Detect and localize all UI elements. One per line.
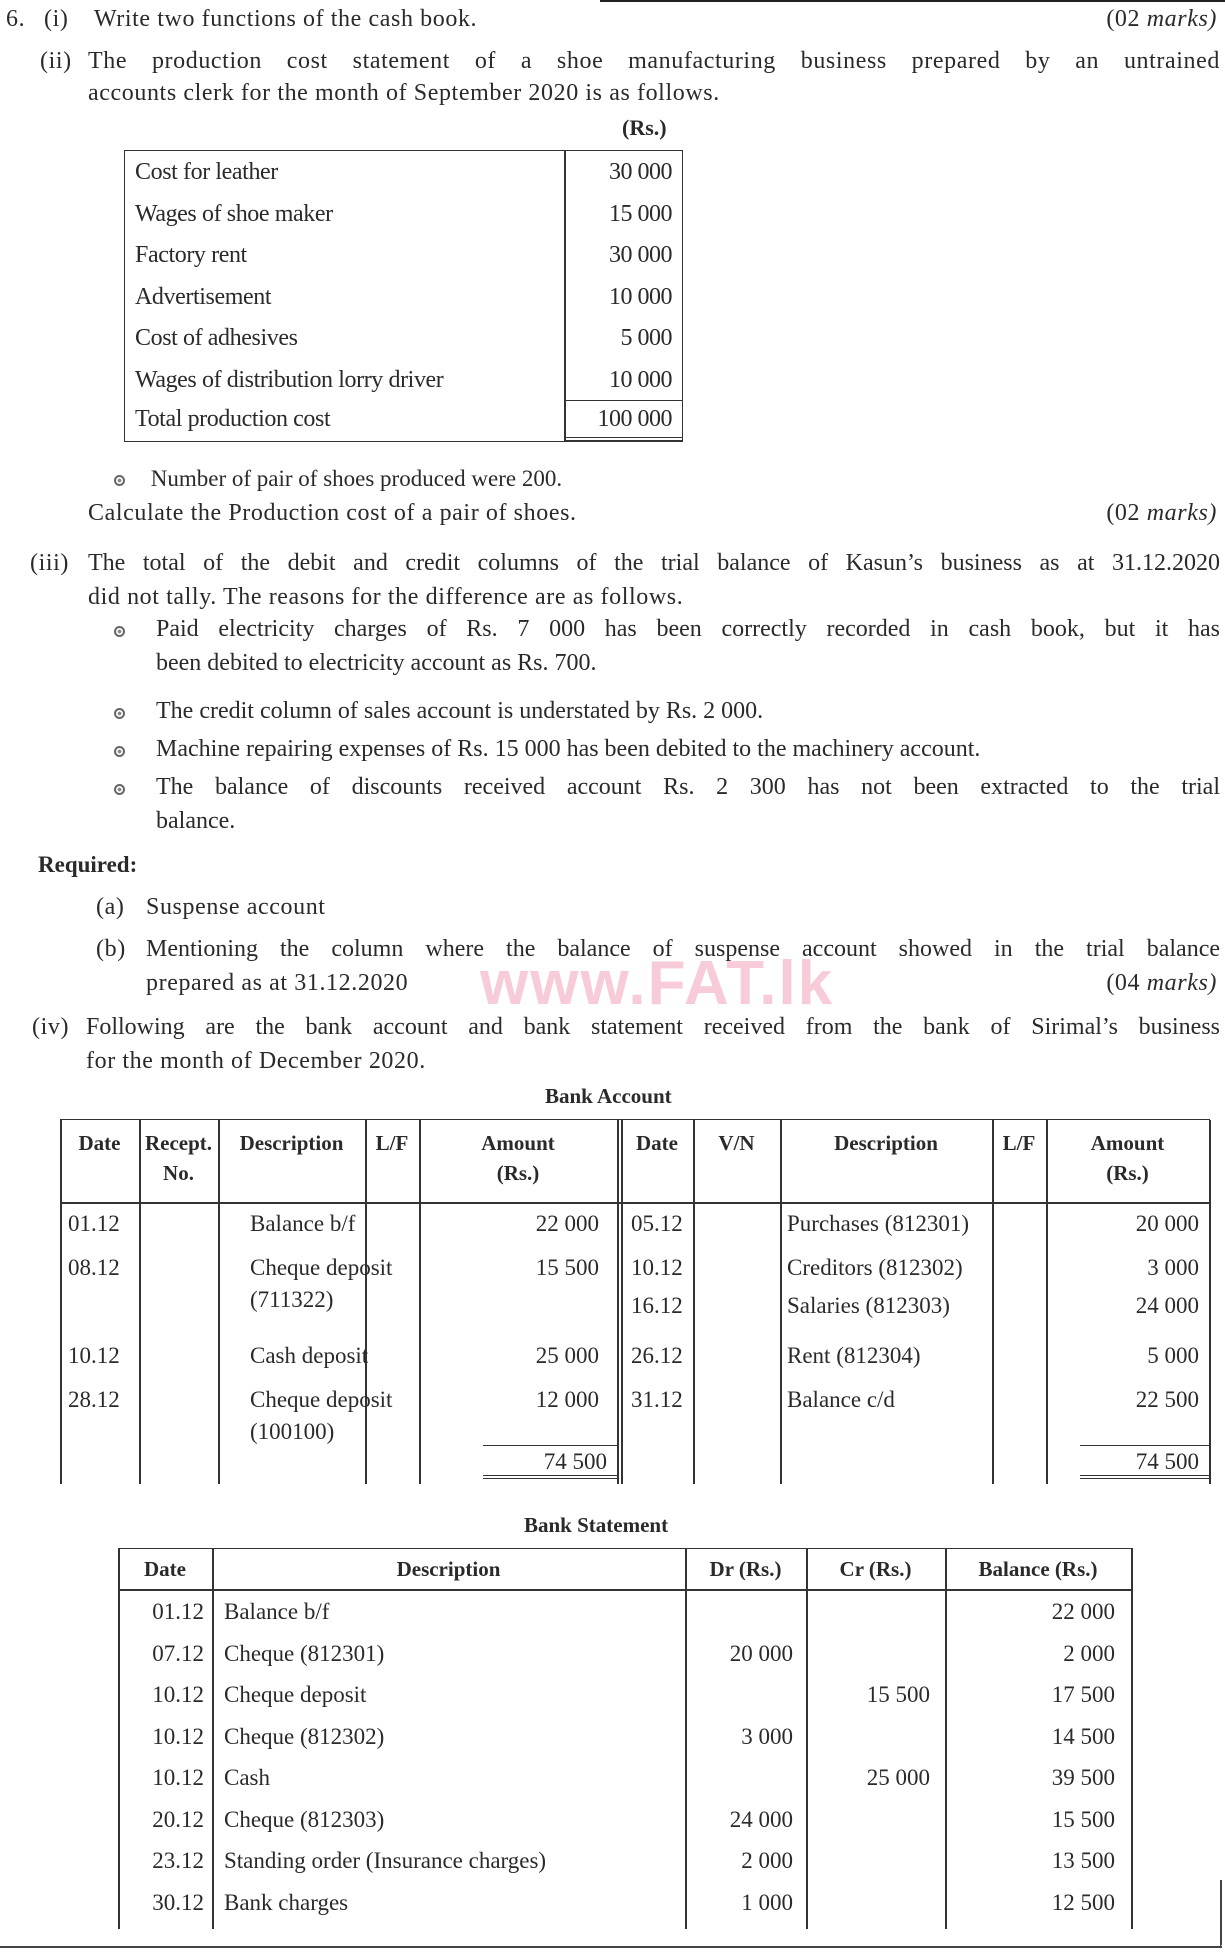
statement-description: Cheque (812301): [224, 1638, 384, 1670]
credit-description: Salaries (812303): [787, 1290, 950, 1322]
table-row: Cost of adhesives5 000: [125, 319, 682, 361]
statement-dr: 24 000: [685, 1804, 793, 1836]
debit-amount: 22 000: [419, 1208, 599, 1240]
statement-balance: 17 500: [945, 1679, 1115, 1711]
req-b-label: (b): [96, 936, 126, 963]
debit-description-line1: Cheque deposit: [250, 1255, 392, 1280]
reason-line1: The credit column of sales account is un…: [156, 698, 1220, 725]
statement-balance: 13 500: [945, 1845, 1115, 1877]
debit-description: Cheque deposit(711322): [250, 1252, 392, 1316]
cost-item-label: Factory rent: [135, 242, 247, 269]
marks-number: (02: [1106, 6, 1140, 32]
statement-dr: 3 000: [685, 1721, 793, 1753]
statement-balance: 15 500: [945, 1804, 1115, 1836]
table-row: Wages of shoe maker15 000: [125, 195, 682, 237]
credit-description: Creditors (812302): [787, 1252, 963, 1284]
debit-amount: 12 000: [419, 1384, 599, 1416]
part-ii-line2: accounts clerk for the month of Septembe…: [88, 80, 720, 107]
statement-balance: 22 000: [945, 1596, 1115, 1628]
cost-item-label: Advertisement: [135, 284, 271, 311]
credit-date: 31.12: [631, 1384, 683, 1416]
bullet-icon: [114, 746, 125, 757]
part-iv-label: (iv): [32, 1014, 69, 1041]
header-amount-debit: Amount(Rs.): [419, 1128, 617, 1188]
req-a-text: Suspense account: [146, 894, 326, 921]
part-i-text: Write two functions of the cash book.: [94, 6, 477, 33]
cost-item-amount: 10 000: [609, 284, 672, 311]
bullet-icon: [114, 626, 125, 637]
part-iii-line2: did not tally. The reasons for the diffe…: [88, 584, 683, 611]
page-border-right: [1220, 1880, 1222, 1946]
statement-description: Cheque deposit: [224, 1679, 366, 1711]
part-iv-line1: Following are the bank account and bank …: [86, 1014, 1220, 1041]
part-ii-bullet: Number of pair of shoes produced were 20…: [114, 466, 562, 492]
table-row: Advertisement10 000: [125, 278, 682, 320]
table-row: 30.12Bank charges1 00012 500: [118, 1887, 1133, 1927]
reason-line2: balance.: [156, 808, 235, 835]
part-i-marks: (02 marks): [1106, 6, 1217, 33]
header-description: Description: [212, 1554, 685, 1584]
table-row: 10.12Cash25 00039 500: [118, 1762, 1133, 1802]
debit-description: Cash deposit: [250, 1340, 368, 1372]
total-value: 100 000: [598, 406, 673, 433]
header-receipt-no: Recept.No.: [139, 1128, 218, 1188]
table-row: Wages of distribution lorry driver10 000: [125, 361, 682, 403]
credit-total: 74 500: [1080, 1445, 1209, 1479]
part-iii-label: (iii): [30, 550, 69, 577]
debit-description-line1: Balance b/f: [250, 1211, 355, 1236]
marks-number: (02: [1106, 500, 1140, 526]
credit-description: Rent (812304): [787, 1340, 921, 1372]
cost-item-amount: 10 000: [609, 367, 672, 394]
statement-description: Balance b/f: [224, 1596, 329, 1628]
reason-line1: The balance of discounts received accoun…: [156, 774, 1220, 801]
statement-balance: 12 500: [945, 1887, 1115, 1919]
marks-word: marks): [1147, 970, 1217, 996]
part-ii-marks: (02 marks): [1106, 500, 1217, 527]
top-rule: [600, 0, 1225, 2]
bank-statement-title: Bank Statement: [524, 1513, 668, 1538]
header-amount-credit: Amount(Rs.): [1046, 1128, 1209, 1188]
reason-line2: been debited to electricity account as R…: [156, 650, 597, 677]
debit-description-line2: (100100): [250, 1419, 334, 1444]
header-date-credit: Date: [621, 1128, 693, 1158]
req-b-line2: prepared as at 31.12.2020: [146, 970, 408, 997]
header-dr: Dr (Rs.): [685, 1554, 806, 1584]
header-date: Date: [118, 1554, 212, 1584]
debit-description: Cheque deposit(100100): [250, 1384, 392, 1448]
header-cr: Cr (Rs.): [806, 1554, 945, 1584]
part-iii-line1: The total of the debit and credit column…: [88, 550, 1220, 577]
statement-description: Standing order (Insurance charges): [224, 1845, 546, 1877]
credit-description: Balance c/d: [787, 1384, 895, 1416]
cost-item-label: Wages of distribution lorry driver: [135, 367, 443, 394]
header-description-debit: Description: [218, 1128, 365, 1158]
table-row: 10.12Cheque deposit15 50017 500: [118, 1679, 1133, 1719]
table-row: 01.12Balance b/f22 000: [118, 1596, 1133, 1636]
statement-date: 07.12: [118, 1638, 204, 1670]
bank-account-table: Date Recept.No. Description L/F Amount(R…: [60, 1119, 1210, 1484]
statement-cr: 25 000: [806, 1762, 930, 1794]
reason-line1: Machine repairing expenses of Rs. 15 000…: [156, 736, 1220, 763]
statement-balance: 39 500: [945, 1762, 1115, 1794]
credit-date: 16.12: [631, 1290, 683, 1322]
statement-date: 30.12: [118, 1887, 204, 1919]
statement-description: Bank charges: [224, 1887, 348, 1919]
part-iv-line2: for the month of December 2020.: [86, 1048, 426, 1075]
cost-item-amount: 5 000: [621, 325, 673, 352]
credit-amount: 5 000: [1046, 1340, 1199, 1372]
cost-item-amount: 30 000: [609, 159, 672, 186]
statement-description: Cash: [224, 1762, 270, 1794]
marks-word: marks): [1147, 500, 1217, 526]
debit-total: 74 500: [483, 1445, 617, 1479]
statement-balance: 2 000: [945, 1638, 1115, 1670]
required-label: Required:: [38, 852, 137, 878]
statement-dr: 1 000: [685, 1887, 793, 1919]
credit-date: 10.12: [631, 1252, 683, 1284]
bullet-text: Number of pair of shoes produced were 20…: [151, 466, 562, 491]
header-lf-debit: L/F: [365, 1128, 419, 1158]
reason-line1: Paid electricity charges of Rs. 7 000 ha…: [156, 616, 1220, 643]
credit-description: Purchases (812301): [787, 1208, 969, 1240]
header-balance: Balance (Rs.): [945, 1554, 1131, 1584]
statement-date: 10.12: [118, 1679, 204, 1711]
statement-date: 01.12: [118, 1596, 204, 1628]
table-row: 07.12Cheque (812301)20 0002 000: [118, 1638, 1133, 1678]
statement-date: 20.12: [118, 1804, 204, 1836]
cost-item-amount: 15 000: [609, 201, 672, 228]
credit-amount: 24 000: [1046, 1290, 1199, 1322]
table-row: 20.12Cheque (812303)24 00015 500: [118, 1804, 1133, 1844]
table-row: Cost for leather30 000: [125, 153, 682, 195]
statement-date: 23.12: [118, 1845, 204, 1877]
table-row: 23.12Standing order (Insurance charges)2…: [118, 1845, 1133, 1885]
cost-item-label: Wages of shoe maker: [135, 201, 333, 228]
debit-date: 28.12: [68, 1384, 120, 1416]
bullet-icon: [114, 708, 125, 719]
total-label: Total production cost: [135, 406, 330, 433]
statement-balance: 14 500: [945, 1721, 1115, 1753]
header-description-credit: Description: [780, 1128, 992, 1158]
part-ii-line1: The production cost statement of a shoe …: [88, 48, 1220, 75]
total-row: Total production cost 100 000: [125, 400, 682, 442]
debit-description: Balance b/f: [250, 1208, 355, 1240]
debit-amount: 25 000: [419, 1340, 599, 1372]
debit-description-line1: Cheque deposit: [250, 1387, 392, 1412]
bullet-icon: [114, 784, 125, 795]
question-number: 6.: [6, 6, 25, 33]
credit-amount: 20 000: [1046, 1208, 1199, 1240]
bank-account-title: Bank Account: [545, 1084, 672, 1109]
part-ii-instruction: Calculate the Production cost of a pair …: [88, 500, 577, 527]
debit-date: 10.12: [68, 1340, 120, 1372]
statement-description: Cheque (812302): [224, 1721, 384, 1753]
credit-date: 05.12: [631, 1208, 683, 1240]
bullet-icon: [114, 475, 125, 486]
credit-date: 26.12: [631, 1340, 683, 1372]
table-row: Factory rent30 000: [125, 236, 682, 278]
watermark: www.FAT.lk: [480, 948, 834, 1019]
credit-amount: 22 500: [1046, 1384, 1199, 1416]
cost-item-label: Cost for leather: [135, 159, 278, 186]
debit-date: 08.12: [68, 1252, 120, 1284]
header-lf-credit: L/F: [992, 1128, 1046, 1158]
statement-cr: 15 500: [806, 1679, 930, 1711]
production-cost-table: Cost for leather30 000Wages of shoe make…: [124, 150, 683, 442]
part-iii-marks: (04 marks): [1106, 970, 1217, 997]
currency-header: (Rs.): [622, 115, 667, 141]
bank-statement-table: Date Description Dr (Rs.) Cr (Rs.) Balan…: [118, 1548, 1133, 1929]
marks-number: (04: [1106, 970, 1140, 996]
debit-description-line2: (711322): [250, 1287, 333, 1312]
debit-date: 01.12: [68, 1208, 120, 1240]
header-vn: V/N: [693, 1128, 780, 1158]
marks-word: marks): [1147, 6, 1217, 32]
cost-item-amount: 30 000: [609, 242, 672, 269]
statement-dr: 20 000: [685, 1638, 793, 1670]
statement-description: Cheque (812303): [224, 1804, 384, 1836]
part-i-label: (i): [44, 6, 68, 33]
debit-amount: 15 500: [419, 1252, 599, 1284]
header-date-debit: Date: [60, 1128, 139, 1158]
part-ii-label: (ii): [40, 48, 72, 75]
debit-description-line1: Cash deposit: [250, 1343, 368, 1368]
page-border-bottom: [0, 1946, 1222, 1948]
statement-date: 10.12: [118, 1721, 204, 1753]
statement-dr: 2 000: [685, 1845, 793, 1877]
credit-amount: 3 000: [1046, 1252, 1199, 1284]
table-row: 10.12Cheque (812302)3 00014 500: [118, 1721, 1133, 1761]
req-a-label: (a): [96, 894, 124, 921]
cost-item-label: Cost of adhesives: [135, 325, 298, 352]
statement-date: 10.12: [118, 1762, 204, 1794]
